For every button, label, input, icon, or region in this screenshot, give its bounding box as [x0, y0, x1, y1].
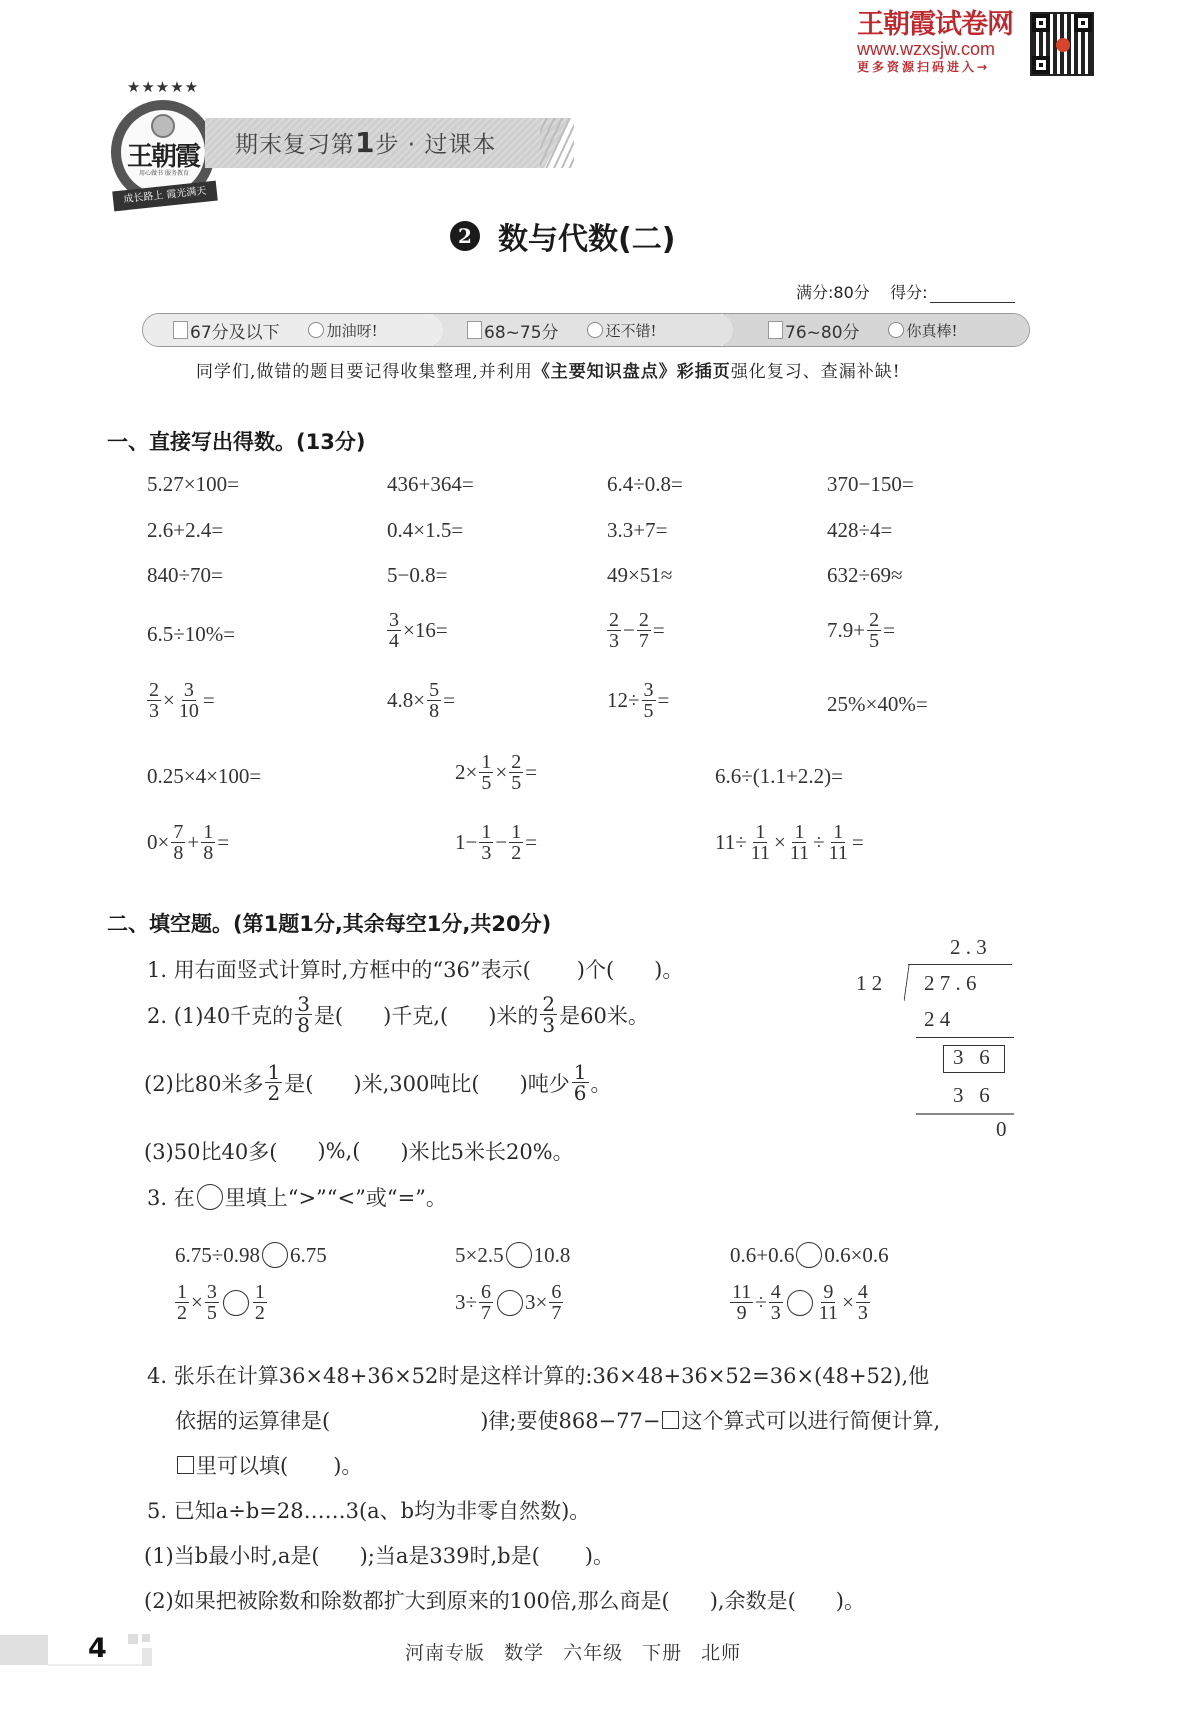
compare-circle[interactable] [506, 1242, 532, 1268]
expr-text: ×16= [403, 618, 448, 643]
circle-icon [197, 1184, 223, 1210]
denominator: 4 [387, 631, 401, 651]
question-5-2: (2)如果把被除数和除数都扩大到原来的100倍,那么商是(),余数是()。 [144, 1585, 865, 1615]
banner-stripes [540, 118, 574, 168]
q-text: )。 [585, 1540, 614, 1570]
ld-bracket [903, 965, 910, 1001]
ld-top-line [908, 964, 1012, 965]
calc-item: 2× 15 × 25 = [455, 752, 537, 793]
q-text: (2)如果把被除数和除数都扩大到原来的100倍,那么商是( [144, 1585, 670, 1615]
compare-circle[interactable] [262, 1242, 288, 1268]
compare-item: 12 × 35 12 [173, 1282, 269, 1323]
denominator: 3 [856, 1303, 870, 1323]
fraction: 111 [827, 822, 850, 863]
denominator: 3 [540, 1015, 557, 1035]
question-1: 1. 用右面竖式计算时,方框中的“36”表示()个()。 [147, 954, 683, 984]
qr-corner-icon [1074, 14, 1092, 32]
qr-code-icon[interactable] [1030, 12, 1094, 76]
operator: × [163, 688, 175, 713]
stars-icon: ★★★★★ [107, 78, 219, 96]
fraction: 35 [642, 680, 656, 721]
checkbox[interactable] [467, 321, 482, 339]
q-text: )%,( [317, 1139, 360, 1163]
calc-item: 0.4×1.5= [387, 518, 463, 543]
checkbox[interactable] [173, 321, 188, 339]
q-text: 是( [284, 1068, 313, 1098]
fraction: 78 [171, 822, 185, 863]
calc-item: 436+364= [387, 472, 474, 497]
fraction: 18 [201, 822, 215, 863]
square-icon [177, 1456, 194, 1474]
q-text: )米比5米长20%。 [400, 1136, 573, 1166]
calc-item: 6.4÷0.8= [607, 472, 683, 497]
operator: × [191, 1290, 203, 1315]
expr-text: = [203, 688, 215, 713]
expr-text: 12÷ [607, 688, 640, 713]
operator: − [495, 830, 507, 855]
numerator: 3 [205, 1282, 219, 1303]
calc-item: 1− 13 − 12 = [455, 822, 537, 863]
smiley-icon [587, 322, 603, 338]
operator: × [774, 830, 786, 855]
denominator: 5 [642, 701, 656, 721]
publisher-logo: ★★★★★ 王朝霞 用心做书 服务教育 成长路上 霞光满天 [107, 78, 219, 208]
expr-text: = [443, 688, 455, 713]
checkbox[interactable] [768, 321, 783, 339]
footer-line [48, 1664, 148, 1666]
fraction: 16 [572, 1062, 589, 1103]
expr-text: = [217, 830, 229, 855]
expr-text: = [852, 830, 864, 855]
rating-cheer: 还不错! [606, 320, 657, 341]
q-text: )律;要使868−77− [480, 1405, 660, 1435]
denominator: 3 [607, 631, 621, 651]
q-text: )。 [333, 1450, 362, 1480]
expr-text: 3÷ [455, 1290, 477, 1315]
numerator: 1 [479, 752, 493, 773]
numerator: 1 [201, 822, 215, 843]
fraction: 911 [817, 1282, 840, 1323]
denominator: 8 [295, 1015, 312, 1035]
rating-option-3[interactable]: 76~80分 你真棒! [723, 314, 1030, 346]
title-text: 数与代数(二) [498, 214, 675, 258]
denominator: 8 [427, 701, 441, 721]
expr-text: = [658, 688, 670, 713]
q-text: )。 [836, 1585, 865, 1615]
q-text: );当a是339时,b是( [360, 1540, 540, 1570]
q-text: 2. (1)40千克的 [147, 1000, 293, 1030]
denominator: 11 [817, 1303, 840, 1323]
denominator: 7 [479, 1303, 493, 1323]
numerator: 1 [831, 822, 845, 843]
denominator: 3 [769, 1303, 783, 1323]
fraction: 25 [867, 610, 881, 651]
fraction: 23 [607, 610, 621, 651]
operator: − [623, 618, 635, 643]
numerator: 1 [509, 822, 523, 843]
decor-square [128, 1634, 138, 1644]
ld-sub2: 3 6 [953, 1083, 990, 1108]
fraction: 119 [730, 1282, 753, 1323]
page-title: 2 数与代数(二) [450, 214, 675, 258]
numerator: 2 [607, 610, 621, 631]
numerator: 1 [572, 1062, 589, 1083]
question-2-1: 2. (1)40千克的 38 是()千克,()米的 23 是60米。 [147, 994, 649, 1035]
q-text: 依据的运算律是( [175, 1405, 330, 1435]
long-division: 2 . 3 1 2 2 7 . 6 2 4 3 6 3 6 0 [860, 935, 1010, 1135]
expr-text: 6.75 [290, 1243, 327, 1268]
q-text: )千克,( [383, 1000, 448, 1030]
fraction: 27 [637, 610, 651, 651]
ld-boxed: 3 6 [953, 1045, 990, 1070]
numerator: 4 [769, 1282, 783, 1303]
calc-item: 5.27×100= [147, 472, 239, 497]
qr-corner-icon [1032, 56, 1050, 74]
rating-option-1[interactable]: 67分及以下 加油呀! [143, 314, 443, 346]
fraction: 67 [549, 1282, 563, 1323]
operator: × [842, 1290, 854, 1315]
rating-range: 76~80分 [785, 318, 860, 343]
q-text: )米,300吨比( [353, 1068, 479, 1098]
banner-prefix: 期末复习第 [235, 132, 355, 158]
calc-item: 12÷ 35 = [607, 680, 669, 721]
fraction: 111 [788, 822, 811, 863]
notice-post: 强化复习、查漏补缺! [731, 362, 901, 382]
logo-motto: 用心做书 服务教育 [129, 168, 199, 177]
calc-item: 4.8× 58 = [387, 680, 455, 721]
numerator: 6 [479, 1282, 493, 1303]
expr-text: 0.6+0.6 [730, 1243, 794, 1268]
expr-text: 3× [525, 1290, 547, 1315]
fraction: 12 [509, 822, 523, 863]
denominator: 2 [253, 1303, 267, 1323]
q-text: )个( [577, 954, 614, 984]
calc-item: 0.25×4×100= [147, 764, 261, 789]
denominator: 8 [171, 843, 185, 863]
calc-item: 840÷70= [147, 563, 223, 588]
calc-item: 370−150= [827, 472, 914, 497]
rating-range: 68~75分 [484, 318, 559, 343]
question-2-3: (3)50比40多()%,()米比5米长20%。 [144, 1136, 574, 1166]
expr-text: = [883, 618, 895, 643]
banner-suffix: 步 · 过课本 [375, 132, 496, 158]
denominator: 3 [479, 843, 493, 863]
numerator: 3 [387, 610, 401, 631]
fraction: 12 [265, 1062, 282, 1103]
fraction: 34 [387, 610, 401, 651]
question-2-2: (2)比80米多 12 是()米,300吨比()吨少 16 。 [144, 1062, 612, 1103]
fraction: 111 [749, 822, 772, 863]
fraction: 67 [479, 1282, 493, 1323]
numerator: 2 [867, 610, 881, 631]
qr-corner-icon [1032, 14, 1050, 32]
denominator: 7 [549, 1303, 563, 1323]
denominator: 5 [509, 773, 523, 793]
square-icon [662, 1411, 679, 1429]
question-5-line-1: 5. 已知a÷b=28……3(a、b均为非零自然数)。 [147, 1495, 590, 1525]
compare-circle[interactable] [223, 1290, 249, 1316]
denominator: 6 [572, 1083, 589, 1103]
ld-divisor: 1 2 [856, 971, 882, 996]
calc-item: 49×51≈ [607, 563, 672, 588]
operator: ÷ [755, 1290, 767, 1315]
calc-item: 23 × 310 = [145, 680, 215, 721]
ld-line-2 [916, 1113, 1014, 1115]
numerator: 3 [182, 680, 196, 701]
numerator: 1 [175, 1282, 189, 1303]
denominator: 3 [147, 701, 161, 721]
ld-line-1 [916, 1037, 1014, 1038]
numerator: 6 [549, 1282, 563, 1303]
qr-logo-icon [1056, 38, 1070, 52]
q-text: 是60米。 [559, 1000, 649, 1030]
calc-item: 11÷ 111 × 111 ÷ 111 = [715, 822, 864, 863]
expr-text: 6.75÷0.98 [175, 1243, 260, 1268]
fraction: 58 [427, 680, 441, 721]
denominator: 2 [509, 843, 523, 863]
decor-square [142, 1634, 150, 1642]
banner-title: 期末复习第1步 · 过课本 [235, 126, 496, 159]
expr-text: 5×2.5 [455, 1243, 504, 1268]
q-text: 1. 用右面竖式计算时,方框中的“36”表示( [147, 954, 531, 984]
fraction: 35 [205, 1282, 219, 1323]
section-1-title: 一、直接写出得数。(13分) [107, 426, 365, 456]
expr-text: 4.8× [387, 688, 425, 713]
q-text: )米的 [488, 1000, 538, 1030]
section-number-badge: 2 [450, 221, 480, 251]
compare-item: 3÷ 67 3× 67 [455, 1282, 565, 1323]
denominator: 7 [637, 631, 651, 651]
portrait-icon [151, 114, 175, 138]
banner-step: 1 [355, 126, 375, 159]
calc-item: 25%×40%= [827, 692, 928, 717]
ld-dividend: 2 7 . 6 [924, 971, 977, 996]
denominator: 11 [827, 843, 850, 863]
expr-text: = [525, 830, 537, 855]
denominator: 5 [867, 631, 881, 651]
numerator: 2 [509, 752, 523, 773]
numerator: 1 [792, 822, 806, 843]
fraction: 43 [769, 1282, 783, 1323]
question-4-line-2: 依据的运算律是()律;要使868−77−这个算式可以进行简便计算, [175, 1405, 940, 1435]
section-2-title: 二、填空题。(第1题1分,其余每空1分,共20分) [107, 908, 551, 938]
denominator: 11 [788, 843, 811, 863]
calc-item: 428÷4= [827, 518, 892, 543]
score-line: 满分:80分 得分: [796, 280, 1015, 303]
denominator: 2 [265, 1083, 282, 1103]
compare-circle[interactable] [796, 1242, 822, 1268]
numerator: 3 [295, 994, 312, 1015]
expr-text: 11÷ [715, 830, 747, 855]
denominator: 2 [175, 1303, 189, 1323]
score-label: 得分: [890, 283, 927, 302]
calc-item: 23 − 27 = [605, 610, 665, 651]
expr-text: 1− [455, 830, 477, 855]
denominator: 5 [479, 773, 493, 793]
notice-text: 同学们,做错的题目要记得收集整理,并利用《主要知识盘点》彩插页强化复习、查漏补缺… [196, 357, 901, 382]
ld-quotient: 2 . 3 [950, 935, 987, 960]
compare-item: 5×2.510.8 [455, 1242, 570, 1268]
decor-square [142, 1648, 152, 1666]
q-text: 里可以填( [196, 1450, 288, 1480]
denominator: 11 [749, 843, 772, 863]
calc-item: 2.6+2.4= [147, 518, 223, 543]
fraction: 12 [175, 1282, 189, 1323]
q-text: (2)比80米多 [144, 1068, 263, 1098]
numerator: 1 [253, 1282, 267, 1303]
denominator: 5 [205, 1303, 219, 1323]
expr-text: 7.9+ [827, 618, 865, 643]
fraction: 23 [540, 994, 557, 1035]
numerator: 5 [427, 680, 441, 701]
q-text: 里填上“>”“<”或“=”。 [225, 1182, 447, 1212]
calc-item: 6.6÷(1.1+2.2)= [715, 764, 843, 789]
q-text: 是( [314, 1000, 343, 1030]
calc-item: 6.5÷10%= [147, 622, 235, 647]
q-text: )吨少 [520, 1068, 570, 1098]
denominator: 8 [201, 843, 215, 863]
q-text: 这个算式可以进行简便计算, [681, 1405, 940, 1435]
compare-item: 0.6+0.60.6×0.6 [730, 1242, 889, 1268]
compare-circle[interactable] [787, 1290, 813, 1316]
notice-pre: 同学们,做错的题目要记得收集整理,并利用 [196, 362, 533, 382]
page-number: 4 [88, 1633, 107, 1664]
fraction: 43 [856, 1282, 870, 1323]
numerator: 3 [642, 680, 656, 701]
calc-item: 7.9+ 25 = [827, 610, 895, 651]
fraction: 15 [479, 752, 493, 793]
denominator: 10 [177, 701, 201, 721]
compare-item: 119 ÷ 43 911 × 43 [728, 1282, 872, 1323]
fraction: 12 [253, 1282, 267, 1323]
fraction: 310 [177, 680, 201, 721]
rating-option-2[interactable]: 68~75分 还不错! [433, 314, 733, 346]
operator: + [187, 830, 199, 855]
calc-item: 632÷69≈ [827, 563, 903, 588]
q-text: ),余数是( [710, 1585, 796, 1615]
compare-circle[interactable] [497, 1290, 523, 1316]
numerator: 1 [265, 1062, 282, 1083]
calc-item: 34 ×16= [385, 610, 448, 651]
numerator: 7 [171, 822, 185, 843]
question-4-line-1: 4. 张乐在计算36×48+36×52时是这样计算的:36×48+36×52=3… [147, 1360, 929, 1390]
ld-sub1: 2 4 [924, 1007, 950, 1032]
calc-item: 0× 78 + 18 = [147, 822, 229, 863]
rating-bar: 76~80分 你真棒! 68~75分 还不错! 67分及以下 加油呀! [142, 313, 1030, 347]
q-text: 3. 在 [147, 1182, 195, 1212]
fraction: 13 [479, 822, 493, 863]
operator: × [495, 760, 507, 785]
smiley-icon [308, 322, 324, 338]
expr-text: 0× [147, 830, 169, 855]
expr-text: 10.8 [534, 1243, 571, 1268]
q-text: (1)当b最小时,a是( [144, 1540, 320, 1570]
calc-item: 3.3+7= [607, 518, 667, 543]
numerator: 2 [637, 610, 651, 631]
compare-item: 6.75÷0.986.75 [175, 1242, 327, 1268]
fraction: 25 [509, 752, 523, 793]
expr-text: = [653, 618, 665, 643]
question-3: 3. 在里填上“>”“<”或“=”。 [147, 1182, 447, 1212]
numerator: 4 [856, 1282, 870, 1303]
q-text: 。 [591, 1068, 612, 1098]
rating-range: 67分及以下 [190, 318, 280, 343]
rating-cheer: 你真棒! [907, 320, 958, 341]
expr-text: 0.6×0.6 [824, 1243, 888, 1268]
fraction: 38 [295, 994, 312, 1035]
operator: ÷ [813, 830, 825, 855]
footer-bar [0, 1635, 48, 1665]
denominator: 9 [735, 1303, 749, 1323]
numerator: 1 [479, 822, 493, 843]
numerator: 11 [730, 1282, 753, 1303]
calc-item: 5−0.8= [387, 563, 447, 588]
score-input[interactable] [930, 289, 1015, 303]
notice-bold: 《主要知识盘点》彩插页 [533, 362, 731, 382]
numerator: 2 [147, 680, 161, 701]
fraction: 23 [147, 680, 161, 721]
expr-text: 2× [455, 760, 477, 785]
q-text: )。 [654, 954, 683, 984]
numerator: 9 [821, 1282, 835, 1303]
q-text: (3)50比40多( [144, 1136, 277, 1166]
expr-text: = [525, 760, 537, 785]
numerator: 2 [540, 994, 557, 1015]
question-5-1: (1)当b最小时,a是();当a是339时,b是()。 [144, 1540, 614, 1570]
full-score: 满分:80分 [796, 283, 870, 302]
rating-cheer: 加油呀! [327, 320, 378, 341]
smiley-icon [888, 322, 904, 338]
footer-info: 河南专版 数学 六年级 下册 北师 [405, 1638, 741, 1665]
numerator: 1 [753, 822, 767, 843]
question-4-line-3: 里可以填()。 [175, 1450, 362, 1480]
ld-remainder: 0 [996, 1117, 1007, 1142]
